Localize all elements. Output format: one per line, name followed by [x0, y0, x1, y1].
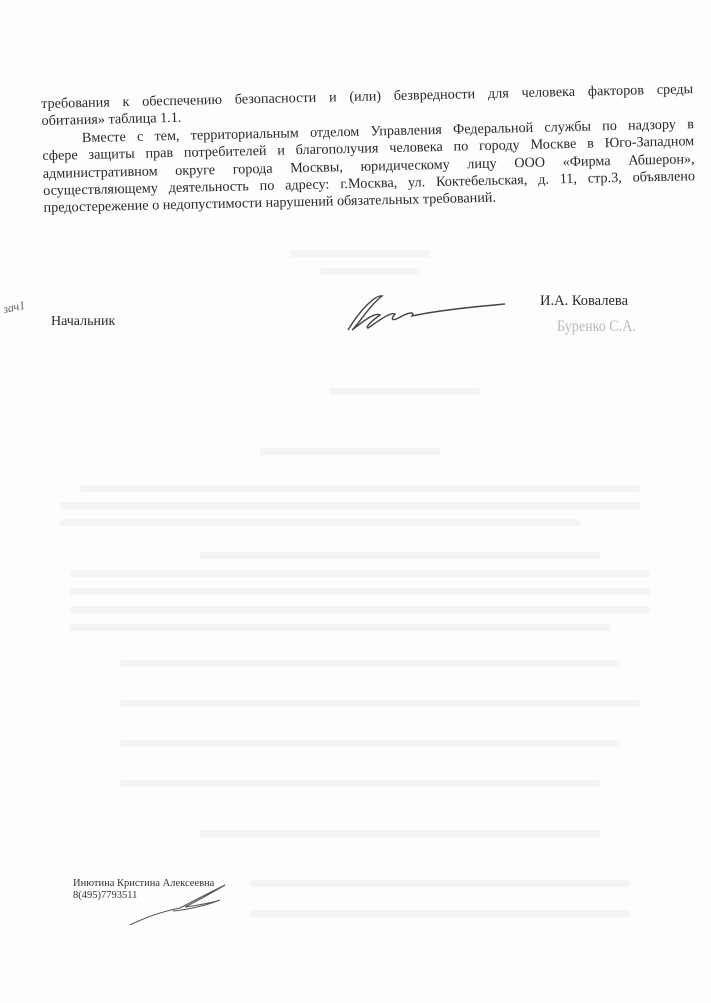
stamp-name: Буренко С.А. — [557, 318, 636, 336]
signatory-name: И.А. Ковалева — [540, 293, 628, 310]
document-body: требования к обеспечению безопасности и … — [41, 81, 696, 218]
signature-icon — [340, 290, 510, 335]
signatory-position: Начальник — [51, 314, 115, 330]
handwritten-note: зач1 — [2, 298, 27, 317]
executor-signature-icon — [125, 880, 235, 930]
